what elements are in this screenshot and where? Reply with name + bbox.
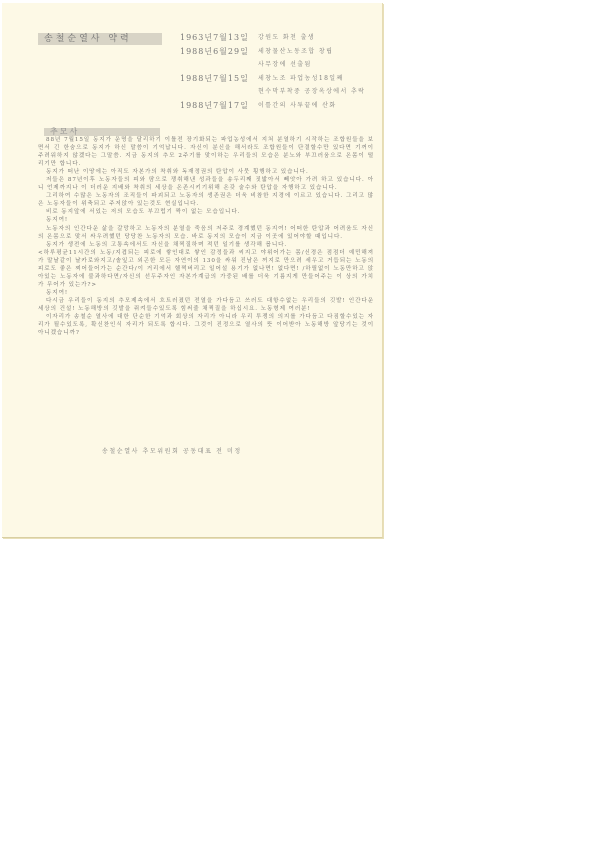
eulogy-paragraph: 동지여! — [38, 289, 374, 297]
biography-date: 1988년7월17일 — [180, 99, 258, 113]
biography-row: 사무장에 선출됨 — [180, 58, 380, 72]
biography-event: 강원도 화천 출생 — [258, 31, 315, 45]
biography-date: 1988년6월29일 — [180, 45, 258, 59]
biography-date: 1963년7월13일 — [180, 31, 258, 45]
eulogy-paragraph: 동지가 생전에 노동의 고통속에서도 자신을 채찍질하며 적던 일기를 생각해 … — [38, 241, 374, 249]
eulogy-paragraph: 다시금 우리들이 동지의 추모제속에서 흐트러졌던 전열을 가다듬고 쓰러도 대… — [38, 297, 374, 313]
scanned-paper: 송철순열사 약력 1963년7월13일 강원도 화천 출생 1988년6월29일… — [2, 3, 383, 538]
eulogy-paragraph: 88년 7월15일 동지가 운명을 달리하기 이틀전 장기화되는 파업농성에서 … — [38, 136, 374, 168]
eulogy-paragraph: 동지가 떠난 이땅에는 아직도 자본가의 착취와 독재정권의 탄압이 사뭇 횡행… — [38, 168, 374, 176]
eulogy-body: 88년 7월15일 동지가 운명을 달리하기 이틀전 장기화되는 파업농성에서 … — [38, 136, 374, 337]
eulogy-paragraph: 저들은 87년이후 노동자들의 피와 땀으로 쟁취해낸 성과들을 송두리째 짓밟… — [38, 176, 374, 192]
eulogy-paragraph: 비로 동지앞에 서있는 저의 모습도 부끄럽기 짝이 없는 모습입니다. — [38, 208, 374, 216]
biography-event: 이틀간의 사투끝에 산화 — [258, 99, 337, 113]
biography-date — [180, 58, 258, 72]
signature-line: 송철순열사 추모위원회 공동대표 전 미정 — [102, 446, 322, 455]
biography-list: 1963년7월13일 강원도 화천 출생 1988년6월29일 세창물산노동조합… — [180, 31, 380, 113]
biography-row: 1988년7월15일 세창노조 파업농성18일째 — [180, 72, 380, 86]
eulogy-paragraph: 동지여! — [38, 216, 374, 224]
biography-event: 현수막부착중 공장옥상에서 추락 — [258, 85, 365, 99]
biography-event: 세창물산노동조합 창립 — [258, 45, 333, 59]
eulogy-paragraph: 노동자의 인간다운 삶을 갈망하고 노동자의 분열을 죽음의 저주로 경계했던 … — [38, 225, 374, 241]
biography-event: 세창노조 파업농성18일째 — [258, 72, 344, 86]
biography-row: 1988년6월29일 세창물산노동조합 창립 — [180, 45, 380, 59]
biography-row: 1963년7월13일 강원도 화천 출생 — [180, 31, 380, 45]
biography-row: 현수막부착중 공장옥상에서 추락 — [180, 85, 380, 99]
eulogy-paragraph: 이자리가 송철순 열사에 대한 단순한 기억과 회상의 자리가 아니라 우리 투… — [38, 313, 374, 337]
biography-date — [180, 85, 258, 99]
biography-row: 1988년7월17일 이틀간의 사투끝에 산화 — [180, 99, 380, 113]
document-title: 송철순열사 약력 — [38, 33, 162, 45]
biography-event: 사무장에 선출됨 — [258, 58, 312, 72]
eulogy-paragraph: <하루평균11시간의 노동/지겹되는 피로에 쌓인대로 쌓인 감정들과 씨지고 … — [38, 249, 374, 289]
eulogy-paragraph: 그리하여 수많은 노동자의 조직들이 파괴되고 노동자의 생존권은 더욱 비참한… — [38, 192, 374, 208]
eulogy-heading: 추모사 — [44, 128, 160, 136]
biography-date: 1988년7월15일 — [180, 72, 258, 86]
